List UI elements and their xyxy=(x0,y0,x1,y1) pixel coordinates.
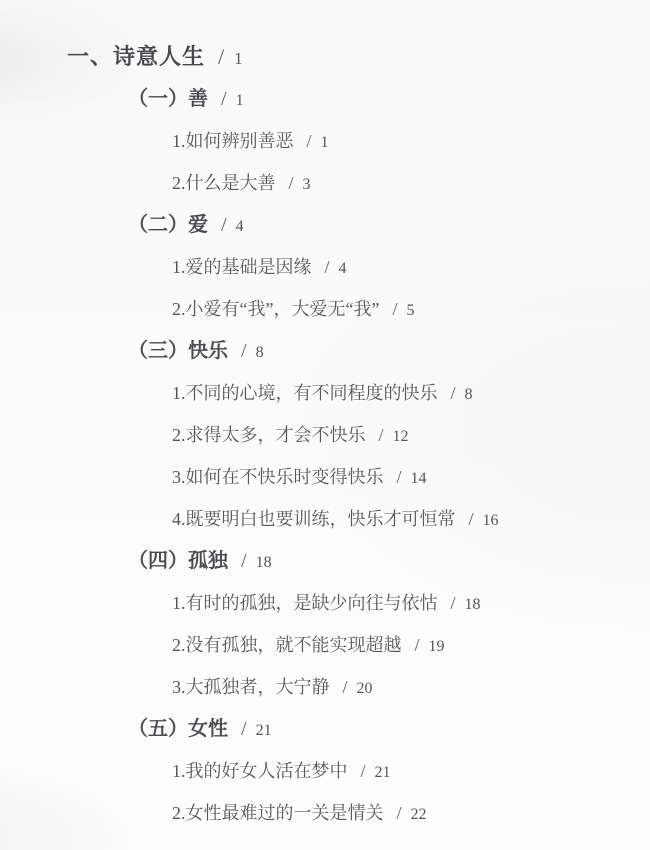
page-separator: / xyxy=(325,257,330,277)
entry-page-number: 21 xyxy=(375,764,391,781)
page-separator: / xyxy=(415,635,420,655)
entry-label: 2.没有孤独，就不能实现超越 xyxy=(172,635,402,655)
toc-entry: 2.什么是大善/3 xyxy=(0,162,650,204)
page-separator: / xyxy=(221,88,227,110)
entry-label: 1.不同的心境，有不同程度的快乐 xyxy=(172,383,438,403)
entry-label: 4.既要明白也要训练，快乐才可恒常 xyxy=(172,509,456,529)
entry-label: （三）快乐 xyxy=(128,340,228,362)
entry-label: （一）善 xyxy=(128,88,208,110)
entry-page-number: 5 xyxy=(406,302,414,319)
entry-label: 3.如何在不快乐时变得快乐 xyxy=(172,467,384,487)
entry-page-number: 8 xyxy=(256,344,264,361)
page-separator: / xyxy=(241,340,247,362)
toc-entry: 1.不同的心境，有不同程度的快乐/8 xyxy=(0,372,650,414)
toc-list: 一、诗意人生/1 （一）善/1 1.如何辨别善恶/1 2.什么是大善/3 （二）… xyxy=(0,0,650,834)
toc-entry: （五）女性/21 xyxy=(0,708,650,750)
page-separator: / xyxy=(307,131,312,151)
entry-page-number: 1 xyxy=(234,49,244,68)
entry-label: 2.求得太多，才会不快乐 xyxy=(172,425,366,445)
toc-entry: 1.有时的孤独，是缺少向往与依怙/18 xyxy=(0,582,650,624)
toc-entry: 4.既要明白也要训练，快乐才可恒常/16 xyxy=(0,498,650,540)
toc-entry: （四）孤独/18 xyxy=(0,540,650,582)
entry-page-number: 21 xyxy=(256,722,272,739)
entry-label: 1.如何辨别善恶 xyxy=(172,131,294,151)
toc-entry: 2.小爱有“我”，大爱无“我”/5 xyxy=(0,288,650,330)
entry-page-number: 8 xyxy=(465,386,473,403)
entry-page-number: 19 xyxy=(429,638,445,655)
entry-page-number: 14 xyxy=(411,470,427,487)
toc-entry: 1.爱的基础是因缘/4 xyxy=(0,246,650,288)
toc-entry: 2.女性最难过的一关是情关/22 xyxy=(0,792,650,834)
page-separator: / xyxy=(451,383,456,403)
entry-label: （五）女性 xyxy=(128,718,228,740)
entry-page-number: 1 xyxy=(321,134,329,151)
page-separator: / xyxy=(397,467,402,487)
page-separator: / xyxy=(361,761,366,781)
entry-label: 2.什么是大善 xyxy=(172,173,276,193)
toc-entry: 一、诗意人生/1 xyxy=(0,36,650,78)
entry-label: 一、诗意人生 xyxy=(67,44,205,69)
page-separator: / xyxy=(221,214,227,236)
toc-entry: 2.求得太多，才会不快乐/12 xyxy=(0,414,650,456)
entry-label: 1.爱的基础是因缘 xyxy=(172,257,312,277)
entry-page-number: 22 xyxy=(411,806,427,823)
entry-label: （四）孤独 xyxy=(128,550,228,572)
page-separator: / xyxy=(451,593,456,613)
entry-label: 2.小爱有“我”，大爱无“我” xyxy=(172,299,379,319)
page-separator: / xyxy=(241,550,247,572)
toc-entry: 3.大孤独者，大宁静/20 xyxy=(0,666,650,708)
page-separator: / xyxy=(289,173,294,193)
page-separator: / xyxy=(469,509,474,529)
toc-entry: 3.如何在不快乐时变得快乐/14 xyxy=(0,456,650,498)
entry-label: 2.女性最难过的一关是情关 xyxy=(172,803,384,823)
entry-page-number: 1 xyxy=(236,92,244,109)
page-separator: / xyxy=(379,425,384,445)
page-separator: / xyxy=(241,718,247,740)
page-separator: / xyxy=(397,803,402,823)
toc-entry: 2.没有孤独，就不能实现超越/19 xyxy=(0,624,650,666)
entry-page-number: 3 xyxy=(303,176,311,193)
entry-page-number: 20 xyxy=(357,680,373,697)
toc-entry: 1.如何辨别善恶/1 xyxy=(0,120,650,162)
toc-entry: 1.我的好女人活在梦中/21 xyxy=(0,750,650,792)
entry-label: （二）爱 xyxy=(128,214,208,236)
entry-page-number: 18 xyxy=(465,596,481,613)
entry-label: 1.我的好女人活在梦中 xyxy=(172,761,348,781)
entry-page-number: 12 xyxy=(393,428,409,445)
entry-label: 1.有时的孤独，是缺少向往与依怙 xyxy=(172,593,438,613)
entry-label: 3.大孤独者，大宁静 xyxy=(172,677,330,697)
page-separator: / xyxy=(343,677,348,697)
entry-page-number: 16 xyxy=(483,512,499,529)
entry-page-number: 4 xyxy=(236,218,244,235)
toc-entry: （二）爱/4 xyxy=(0,204,650,246)
toc-entry: （一）善/1 xyxy=(0,78,650,120)
entry-page-number: 18 xyxy=(256,554,272,571)
toc-entry: （三）快乐/8 xyxy=(0,330,650,372)
entry-page-number: 4 xyxy=(339,260,347,277)
page-separator: / xyxy=(392,299,397,319)
page-separator: / xyxy=(218,44,225,69)
scanned-toc-page: 一、诗意人生/1 （一）善/1 1.如何辨别善恶/1 2.什么是大善/3 （二）… xyxy=(0,0,650,850)
